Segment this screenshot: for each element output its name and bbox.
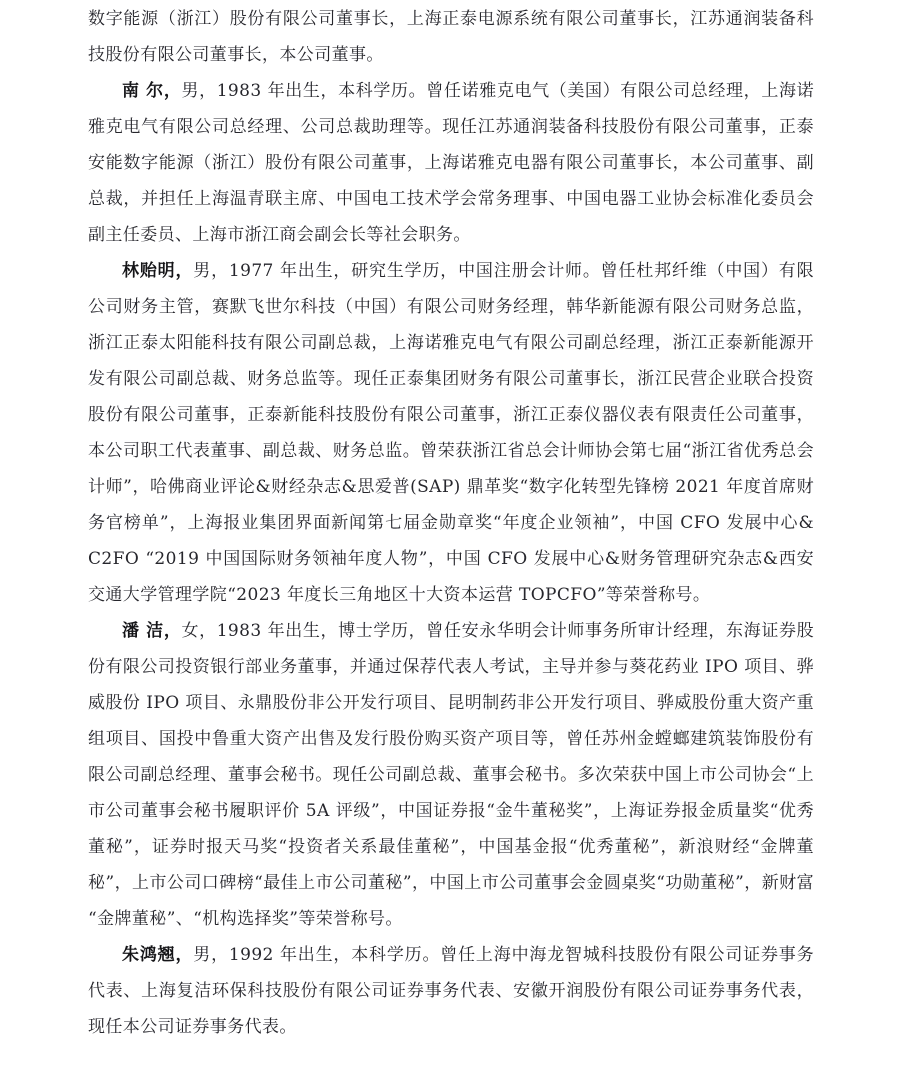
- person-name: 林贻明，: [122, 261, 193, 281]
- bio-text: 数字能源（浙江）股份有限公司董事长，上海正泰电源系统有限公司董事长，江苏通润装备…: [88, 9, 814, 65]
- bio-text: 女，1983 年出生，博士学历，曾任安永华明会计师事务所审计经理，东海证券股份有…: [88, 621, 814, 929]
- bio-text: 男，1983 年出生，本科学历。曾任诺雅克电气（美国）有限公司总经理，上海诺雅克…: [88, 81, 814, 245]
- person-name: 南 尔，: [122, 81, 181, 101]
- document-page: 数字能源（浙江）股份有限公司董事长，上海正泰电源系统有限公司董事长，江苏通润装备…: [0, 0, 899, 1092]
- person-name: 潘 洁，: [122, 621, 181, 641]
- bio-paragraph-zhu-hongqiao: 朱鸿翘，男，1992 年出生，本科学历。曾任上海中海龙智城科技股份有限公司证券事…: [88, 937, 814, 1045]
- bio-paragraph-lin-yiming: 林贻明，男，1977 年出生，研究生学历，中国注册会计师。曾任杜邦纤维（中国）有…: [88, 253, 814, 613]
- page-text-block: 数字能源（浙江）股份有限公司董事长，上海正泰电源系统有限公司董事长，江苏通润装备…: [88, 1, 814, 1045]
- bio-paragraph-pan-jie: 潘 洁，女，1983 年出生，博士学历，曾任安永华明会计师事务所审计经理，东海证…: [88, 613, 814, 937]
- person-name: 朱鸿翘，: [122, 945, 193, 965]
- bio-paragraph-nan-er: 南 尔，男，1983 年出生，本科学历。曾任诺雅克电气（美国）有限公司总经理，上…: [88, 73, 814, 253]
- bio-text: 男，1977 年出生，研究生学历，中国注册会计师。曾任杜邦纤维（中国）有限公司财…: [88, 261, 814, 605]
- bio-paragraph-continuation: 数字能源（浙江）股份有限公司董事长，上海正泰电源系统有限公司董事长，江苏通润装备…: [88, 1, 814, 73]
- bio-text: 男，1992 年出生，本科学历。曾任上海中海龙智城科技股份有限公司证券事务代表、…: [88, 945, 814, 1037]
